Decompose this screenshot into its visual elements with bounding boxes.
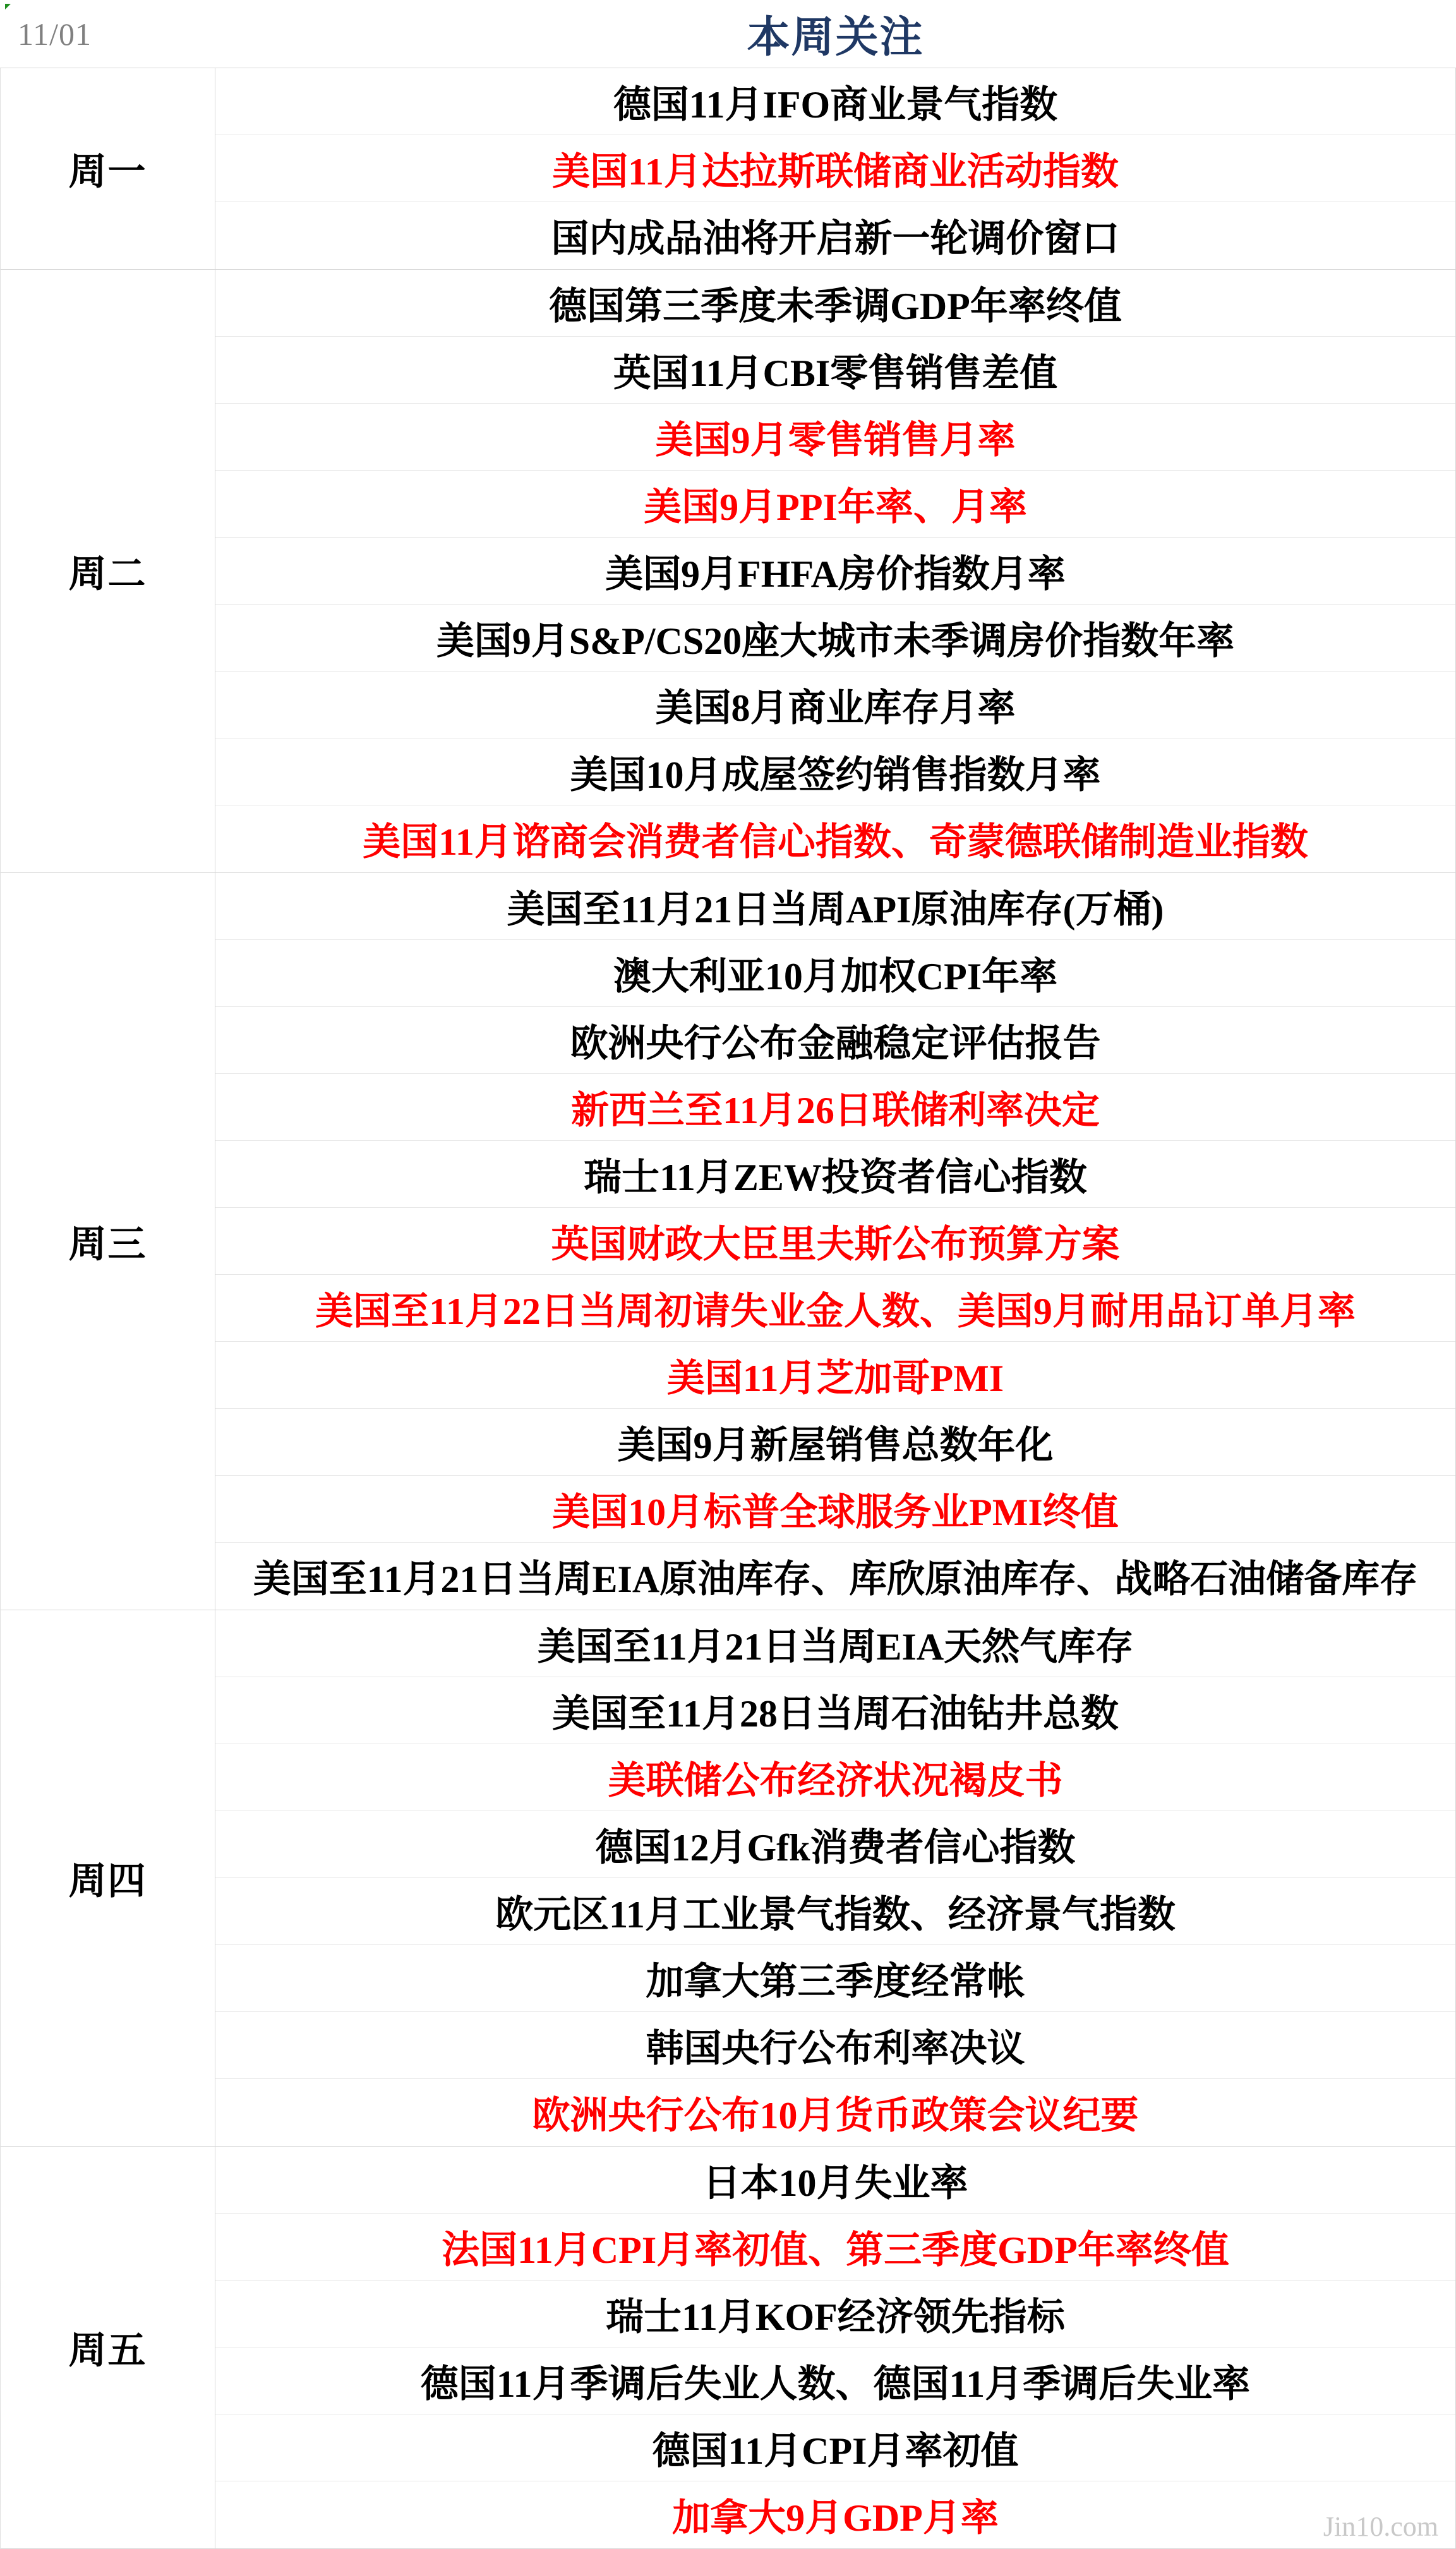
event-row: 德国11月IFO商业景气指数 xyxy=(215,68,1455,135)
day-rows: 德国11月IFO商业景气指数美国11月达拉斯联储商业活动指数国内成品油将开启新一… xyxy=(215,68,1455,269)
event-row: 美国至11月21日当周EIA原油库存、库欣原油库存、战略石油储备库存 xyxy=(215,1543,1455,1610)
event-row: 澳大利亚10月加权CPI年率 xyxy=(215,940,1455,1007)
event-row: 英国11月CBI零售销售差值 xyxy=(215,337,1455,404)
event-row: 加拿大第三季度经常帐 xyxy=(215,1945,1455,2012)
day-label: 周四 xyxy=(1,1610,215,2146)
event-row: 日本10月失业率 xyxy=(215,2147,1455,2214)
event-row: 加拿大9月GDP月率 xyxy=(215,2481,1455,2548)
weekly-focus-sheet: 11/01 本周关注 周一德国11月IFO商业景气指数美国11月达拉斯联储商业活… xyxy=(0,0,1456,2549)
event-row: 德国11月季调后失业人数、德国11月季调后失业率 xyxy=(215,2347,1455,2414)
day-rows: 美国至11月21日当周EIA天然气库存美国至11月28日当周石油钻井总数美联储公… xyxy=(215,1610,1455,2146)
day-label: 周二 xyxy=(1,270,215,872)
event-row: 美国10月标普全球服务业PMI终值 xyxy=(215,1476,1455,1543)
event-row: 美国至11月28日当周石油钻井总数 xyxy=(215,1677,1455,1744)
event-row: 美国9月零售销售月率 xyxy=(215,404,1455,471)
event-row: 美国至11月22日当周初请失业金人数、美国9月耐用品订单月率 xyxy=(215,1275,1455,1342)
header-row: 11/01 本周关注 xyxy=(0,0,1456,68)
day-section: 周一德国11月IFO商业景气指数美国11月达拉斯联储商业活动指数国内成品油将开启… xyxy=(1,68,1455,270)
event-row: 国内成品油将开启新一轮调价窗口 xyxy=(215,202,1455,269)
day-rows: 日本10月失业率法国11月CPI月率初值、第三季度GDP年率终值瑞士11月KOF… xyxy=(215,2147,1455,2548)
page-title: 本周关注 xyxy=(215,0,1456,68)
event-row: 美国至11月21日当周EIA天然气库存 xyxy=(215,1610,1455,1677)
event-row: 美国9月PPI年率、月率 xyxy=(215,471,1455,538)
event-row: 美国11月谘商会消费者信心指数、奇蒙德联储制造业指数 xyxy=(215,805,1455,872)
calendar-table-body: 周一德国11月IFO商业景气指数美国11月达拉斯联储商业活动指数国内成品油将开启… xyxy=(0,68,1456,2549)
day-label: 周三 xyxy=(1,873,215,1610)
day-section: 周四美国至11月21日当周EIA天然气库存美国至11月28日当周石油钻井总数美联… xyxy=(1,1610,1455,2147)
event-row: 美国11月达拉斯联储商业活动指数 xyxy=(215,135,1455,202)
cell-corner-flag-icon xyxy=(5,4,11,9)
event-row: 美国9月S&P/CS20座大城市未季调房价指数年率 xyxy=(215,605,1455,672)
watermark: Jin10.com xyxy=(1323,2510,1438,2543)
header-date: 11/01 xyxy=(18,0,92,68)
event-row: 美国9月新屋销售总数年化 xyxy=(215,1409,1455,1476)
day-section: 周五日本10月失业率法国11月CPI月率初值、第三季度GDP年率终值瑞士11月K… xyxy=(1,2147,1455,2549)
event-row: 德国第三季度未季调GDP年率终值 xyxy=(215,270,1455,337)
event-row: 新西兰至11月26日联储利率决定 xyxy=(215,1074,1455,1141)
event-row: 美国10月成屋签约销售指数月率 xyxy=(215,738,1455,805)
event-row: 美国至11月21日当周API原油库存(万桶) xyxy=(215,873,1455,940)
event-row: 德国11月CPI月率初值 xyxy=(215,2414,1455,2481)
event-row: 欧洲央行公布金融稳定评估报告 xyxy=(215,1007,1455,1074)
event-row: 美国8月商业库存月率 xyxy=(215,672,1455,738)
event-row: 欧元区11月工业景气指数、经济景气指数 xyxy=(215,1878,1455,1945)
day-rows: 美国至11月21日当周API原油库存(万桶)澳大利亚10月加权CPI年率欧洲央行… xyxy=(215,873,1455,1610)
event-row: 欧洲央行公布10月货币政策会议纪要 xyxy=(215,2079,1455,2146)
day-section: 周二德国第三季度未季调GDP年率终值英国11月CBI零售销售差值美国9月零售销售… xyxy=(1,270,1455,873)
event-row: 法国11月CPI月率初值、第三季度GDP年率终值 xyxy=(215,2214,1455,2281)
event-row: 瑞士11月ZEW投资者信心指数 xyxy=(215,1141,1455,1208)
day-label: 周五 xyxy=(1,2147,215,2548)
day-section: 周三美国至11月21日当周API原油库存(万桶)澳大利亚10月加权CPI年率欧洲… xyxy=(1,873,1455,1610)
event-row: 韩国央行公布利率决议 xyxy=(215,2012,1455,2079)
day-label: 周一 xyxy=(1,68,215,269)
event-row: 美国9月FHFA房价指数月率 xyxy=(215,538,1455,605)
event-row: 英国财政大臣里夫斯公布预算方案 xyxy=(215,1208,1455,1275)
day-rows: 德国第三季度未季调GDP年率终值英国11月CBI零售销售差值美国9月零售销售月率… xyxy=(215,270,1455,872)
event-row: 德国12月Gfk消费者信心指数 xyxy=(215,1811,1455,1878)
event-row: 美联储公布经济状况褐皮书 xyxy=(215,1744,1455,1811)
event-row: 美国11月芝加哥PMI xyxy=(215,1342,1455,1409)
event-row: 瑞士11月KOF经济领先指标 xyxy=(215,2281,1455,2347)
